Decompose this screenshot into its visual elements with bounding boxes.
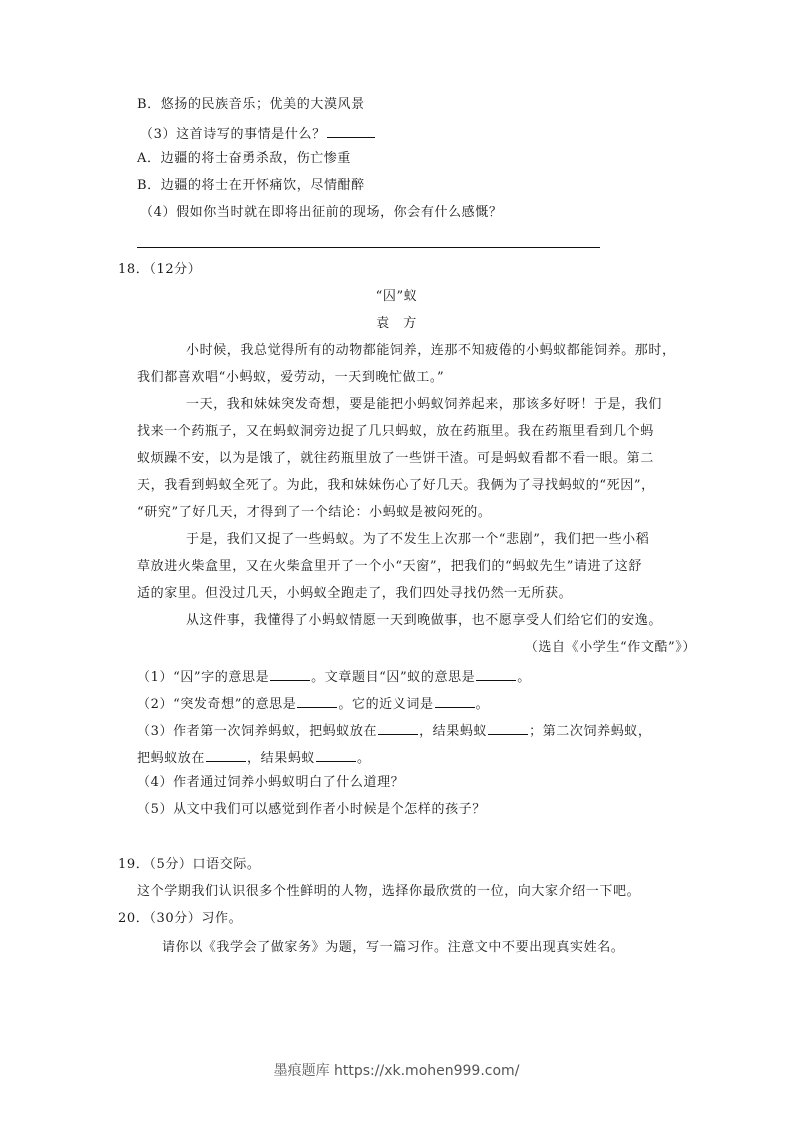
passage-title: “囚”蚁 [0,289,793,305]
footer-watermark: 墨痕题库 https://xk.mohen999.com/ [0,1060,793,1080]
q18-sub4: （4）作者通过饲养小蚂蚁明白了什么道理？ [137,775,404,791]
paragraph-line: 草放进火柴盒里，又在火柴盒里开了一个小“天窗”，把我们的“蚂蚁先生”请进了这舒 [137,559,642,575]
paragraph-line: 一天，我和妹妹突发奇想，要是能把小蚂蚁饲养起来，那该多好呀！于是，我们 [186,397,662,413]
q18-sub2: （2）“突发奇想”的意思是。它的近义词是。 [137,694,489,713]
q17-sub4: （4）假如你当时就在即将出征前的现场，你会有什么感慨？ [140,205,502,221]
paragraph-line: 从这件事，我懂得了小蚂蚁情愿一天到晚做事，也不愿享受人们给它们的安逸。 [186,613,662,629]
answer-line[interactable] [137,247,600,248]
q18-header: 18．（12分） [118,262,201,278]
q20-body: 请你以《我学会了做家务》为题，写一篇习作。注意文中不要出现真实姓名。 [162,940,624,956]
paragraph-line: 我们都喜欢唱“小蚂蚁，爱劳动，一天到晚忙做工。” [137,370,444,386]
answer-blank[interactable] [206,748,246,762]
q19-body: 这个学期我们认识很多个性鲜明的人物，选择你最欣赏的一位，向大家介绍一下吧。 [137,884,640,900]
answer-blank[interactable] [270,667,310,681]
paragraph-line: 适的家里。但没过几天，小蚂蚁全跑走了，我们四处寻找仍然一无所获。 [137,586,572,602]
q18-sub3-cont: 把蚂蚁放在，结果蚂蚁。 [137,748,371,767]
answer-blank[interactable] [297,694,337,708]
answer-blank[interactable] [488,721,528,735]
answer-blank[interactable] [476,667,516,681]
paragraph-line: 找来一个药瓶子，又在蚂蚁洞旁边捉了几只蚂蚁，放在药瓶里。我在药瓶里看到几个蚂 [137,424,654,440]
q18-sub5: （5）从文中我们可以感觉到作者小时候是个怎样的孩子？ [137,802,486,818]
q17-sub3-option-a: A．边疆的将士奋勇杀敌，伤亡惨重 [137,151,351,167]
paragraph-line: 于是，我们又捉了一些蚂蚁。为了不发生上次那一个“悲剧”，我们把一些小稻 [186,532,649,548]
q17-sub3-option-b: B．边疆的将士在开怀痛饮，尽情酣醉 [137,178,365,194]
paragraph-line: 天，我看到蚂蚁全死了。为此，我和妹妹伤心了好几天。我俩为了寻找蚂蚁的“死因”， [137,478,655,494]
answer-blank[interactable] [435,694,475,708]
q20-header: 20．（30分）习作。 [118,911,242,927]
option-b-prev: B．悠扬的民族音乐；优美的大漠风景 [137,97,365,113]
answer-blank[interactable] [316,748,356,762]
q18-sub3: （3）作者第一次饲养蚂蚁，把蚂蚁放在，结果蚂蚁；第二次饲养蚂蚁， [137,721,652,740]
passage-author: 袁 方 [0,316,793,332]
q17-sub3: （3）这首诗写的事情是什么？ [140,124,376,143]
paragraph-line: 小时候，我总觉得所有的动物都能饲养，连那不知疲倦的小蚂蚁都能饲养。那时， [186,343,676,359]
paragraph-line: 蚁烦躁不安，以为是饿了，就往药瓶里放了一些饼干渣。可是蚂蚁看都不看一眼。第二 [137,451,654,467]
answer-blank[interactable] [327,124,375,138]
q18-sub1: （1）“囚”字的意思是。文章题目“囚”蚁的意思是。 [137,667,531,686]
paragraph-line: “研究”了好几天，才得到了一个结论：小蚂蚁是被闷死的。 [137,505,492,521]
answer-blank[interactable] [378,721,418,735]
passage-source: （选自《小学生“作文酷”》） [525,640,696,656]
q19-header: 19．（5分）口语交际。 [118,857,261,873]
